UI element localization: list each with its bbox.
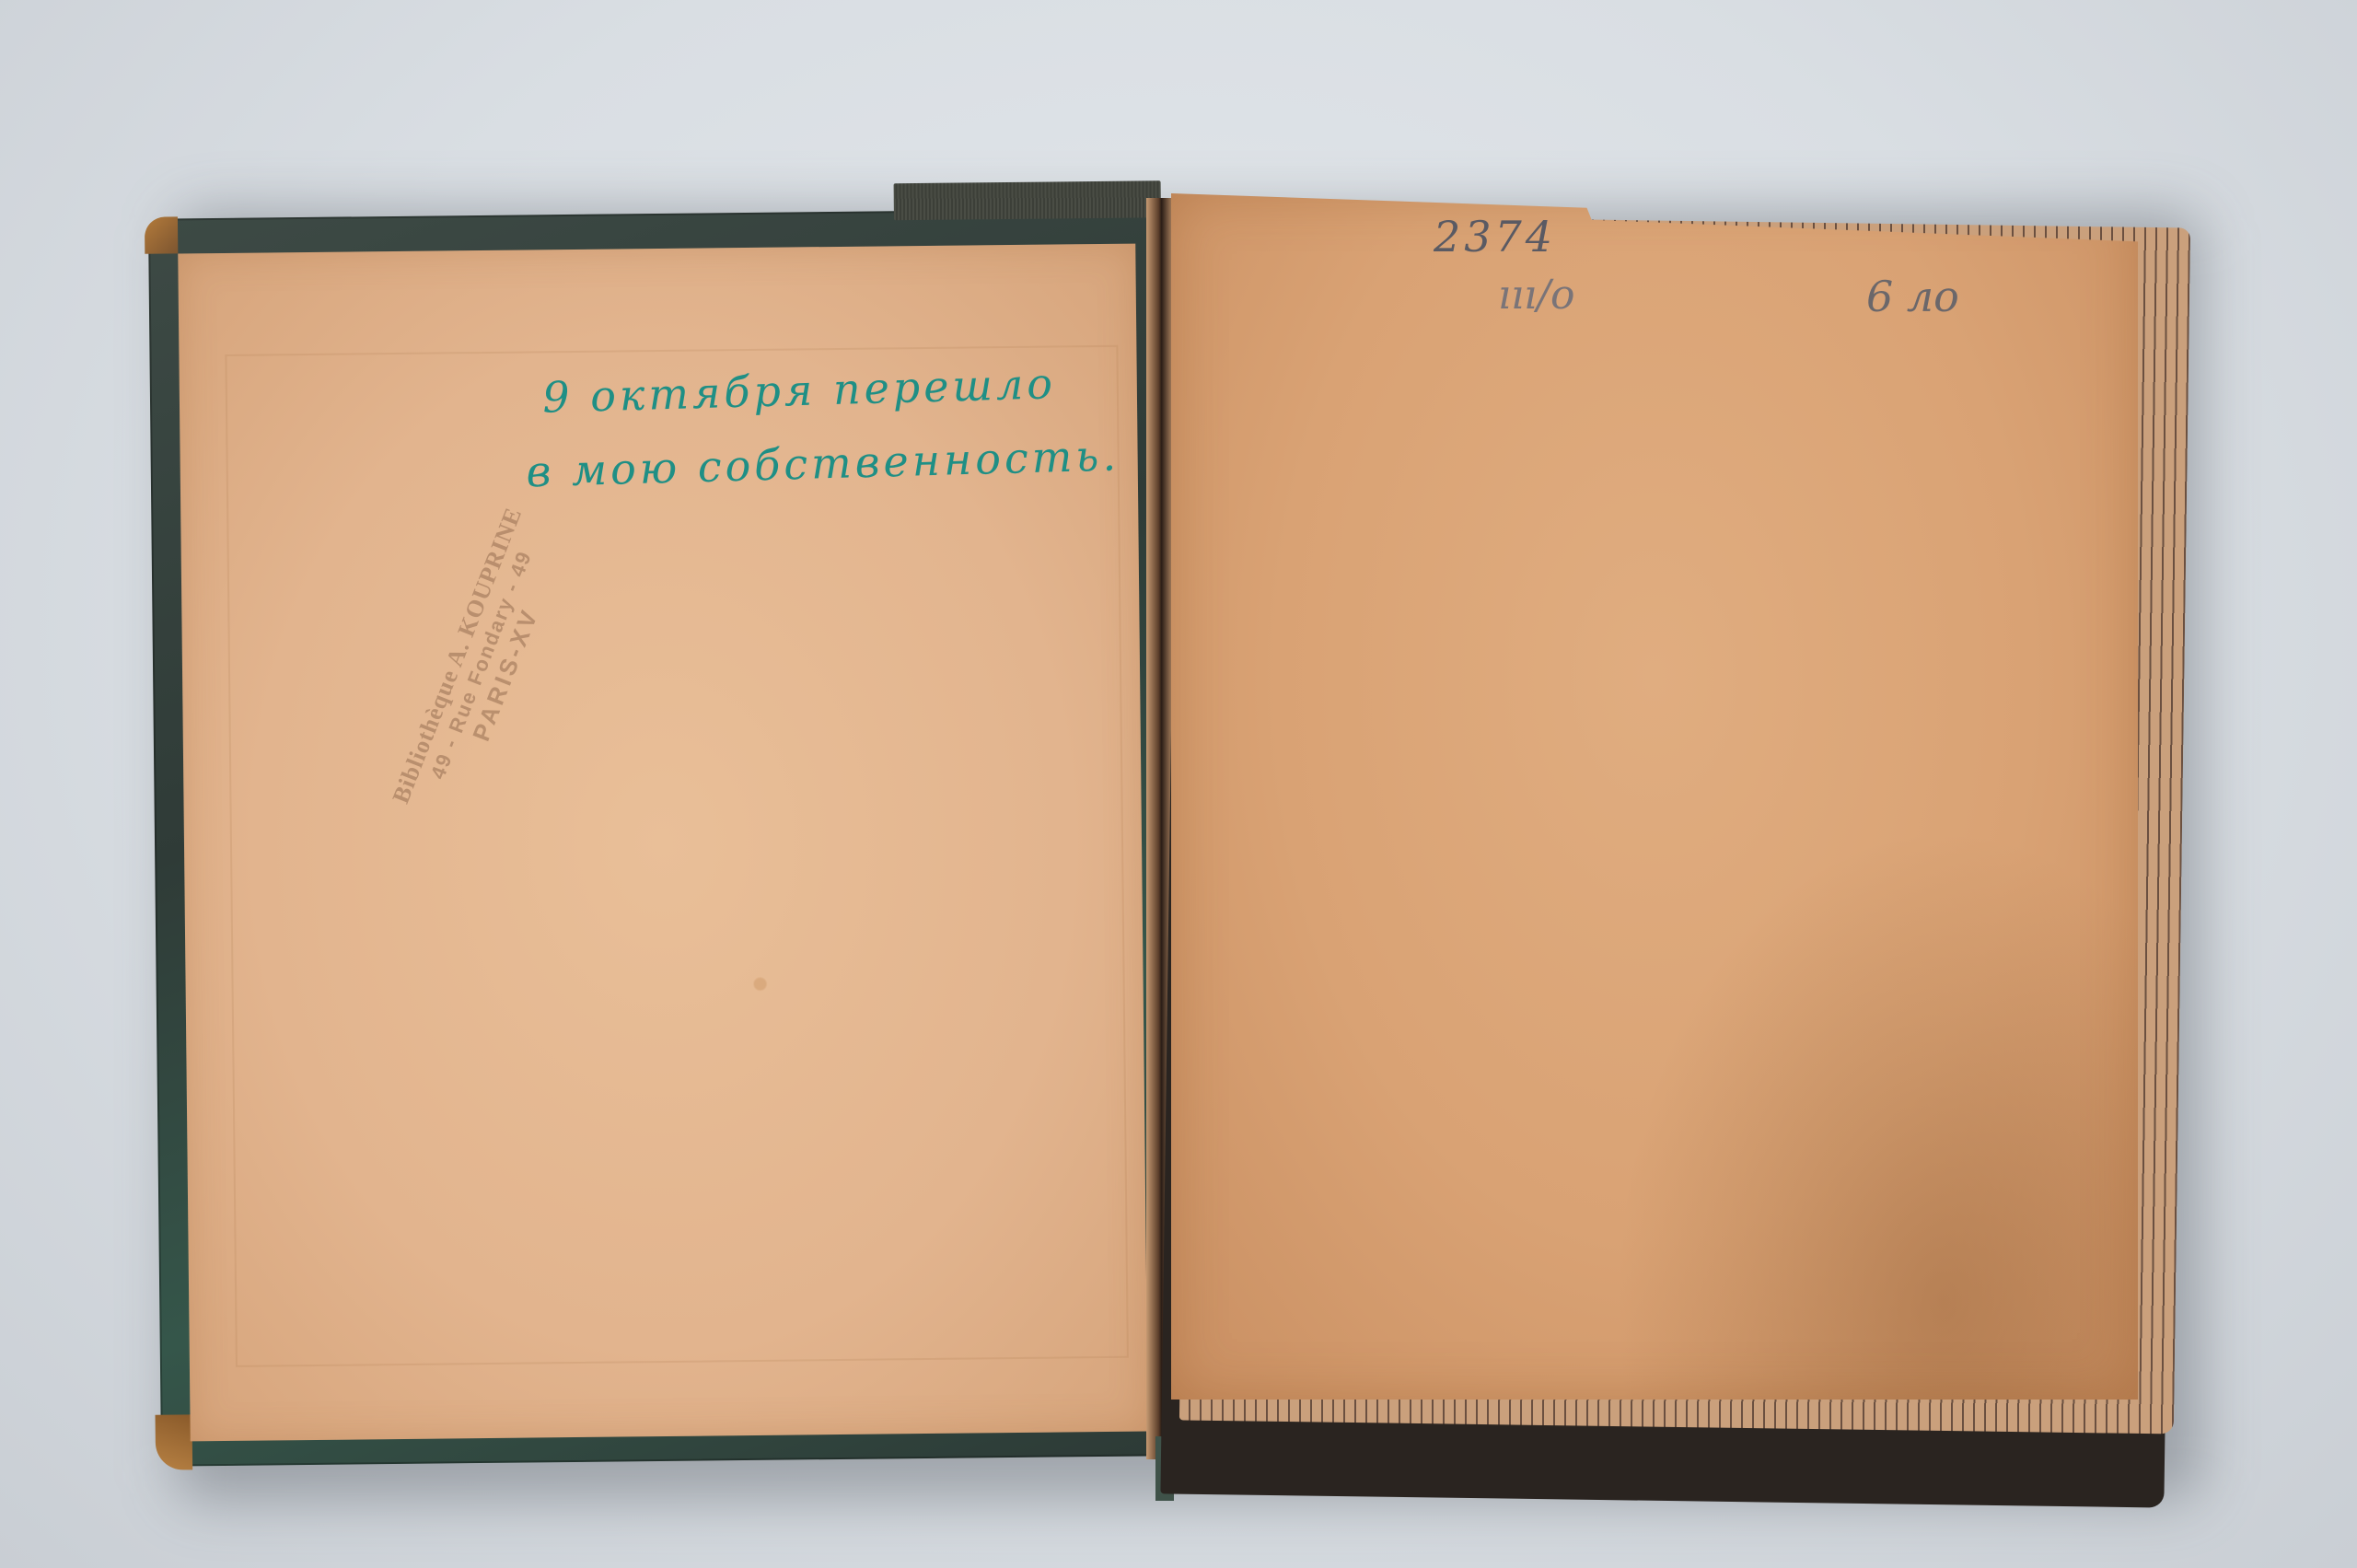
flyleaf-page: 2374 ııı/о 6 ло — [1171, 193, 2138, 1400]
inside-front-cover-page: Bibliothèque A. KOUPRINE 49 - Rue Fondar… — [178, 244, 1147, 1442]
handwritten-inscription: 9 октября перешло в мою собственность. — [541, 344, 1120, 507]
spine-cloth — [894, 180, 1161, 220]
pencil-price-note: 6 ло — [1866, 272, 1959, 321]
pencil-fraction-note: ııı/о — [1498, 272, 1575, 319]
worn-corner-bottom — [156, 1414, 193, 1469]
pencil-inventory-number: 2374 — [1434, 212, 1556, 261]
worn-corner-top — [145, 216, 178, 253]
